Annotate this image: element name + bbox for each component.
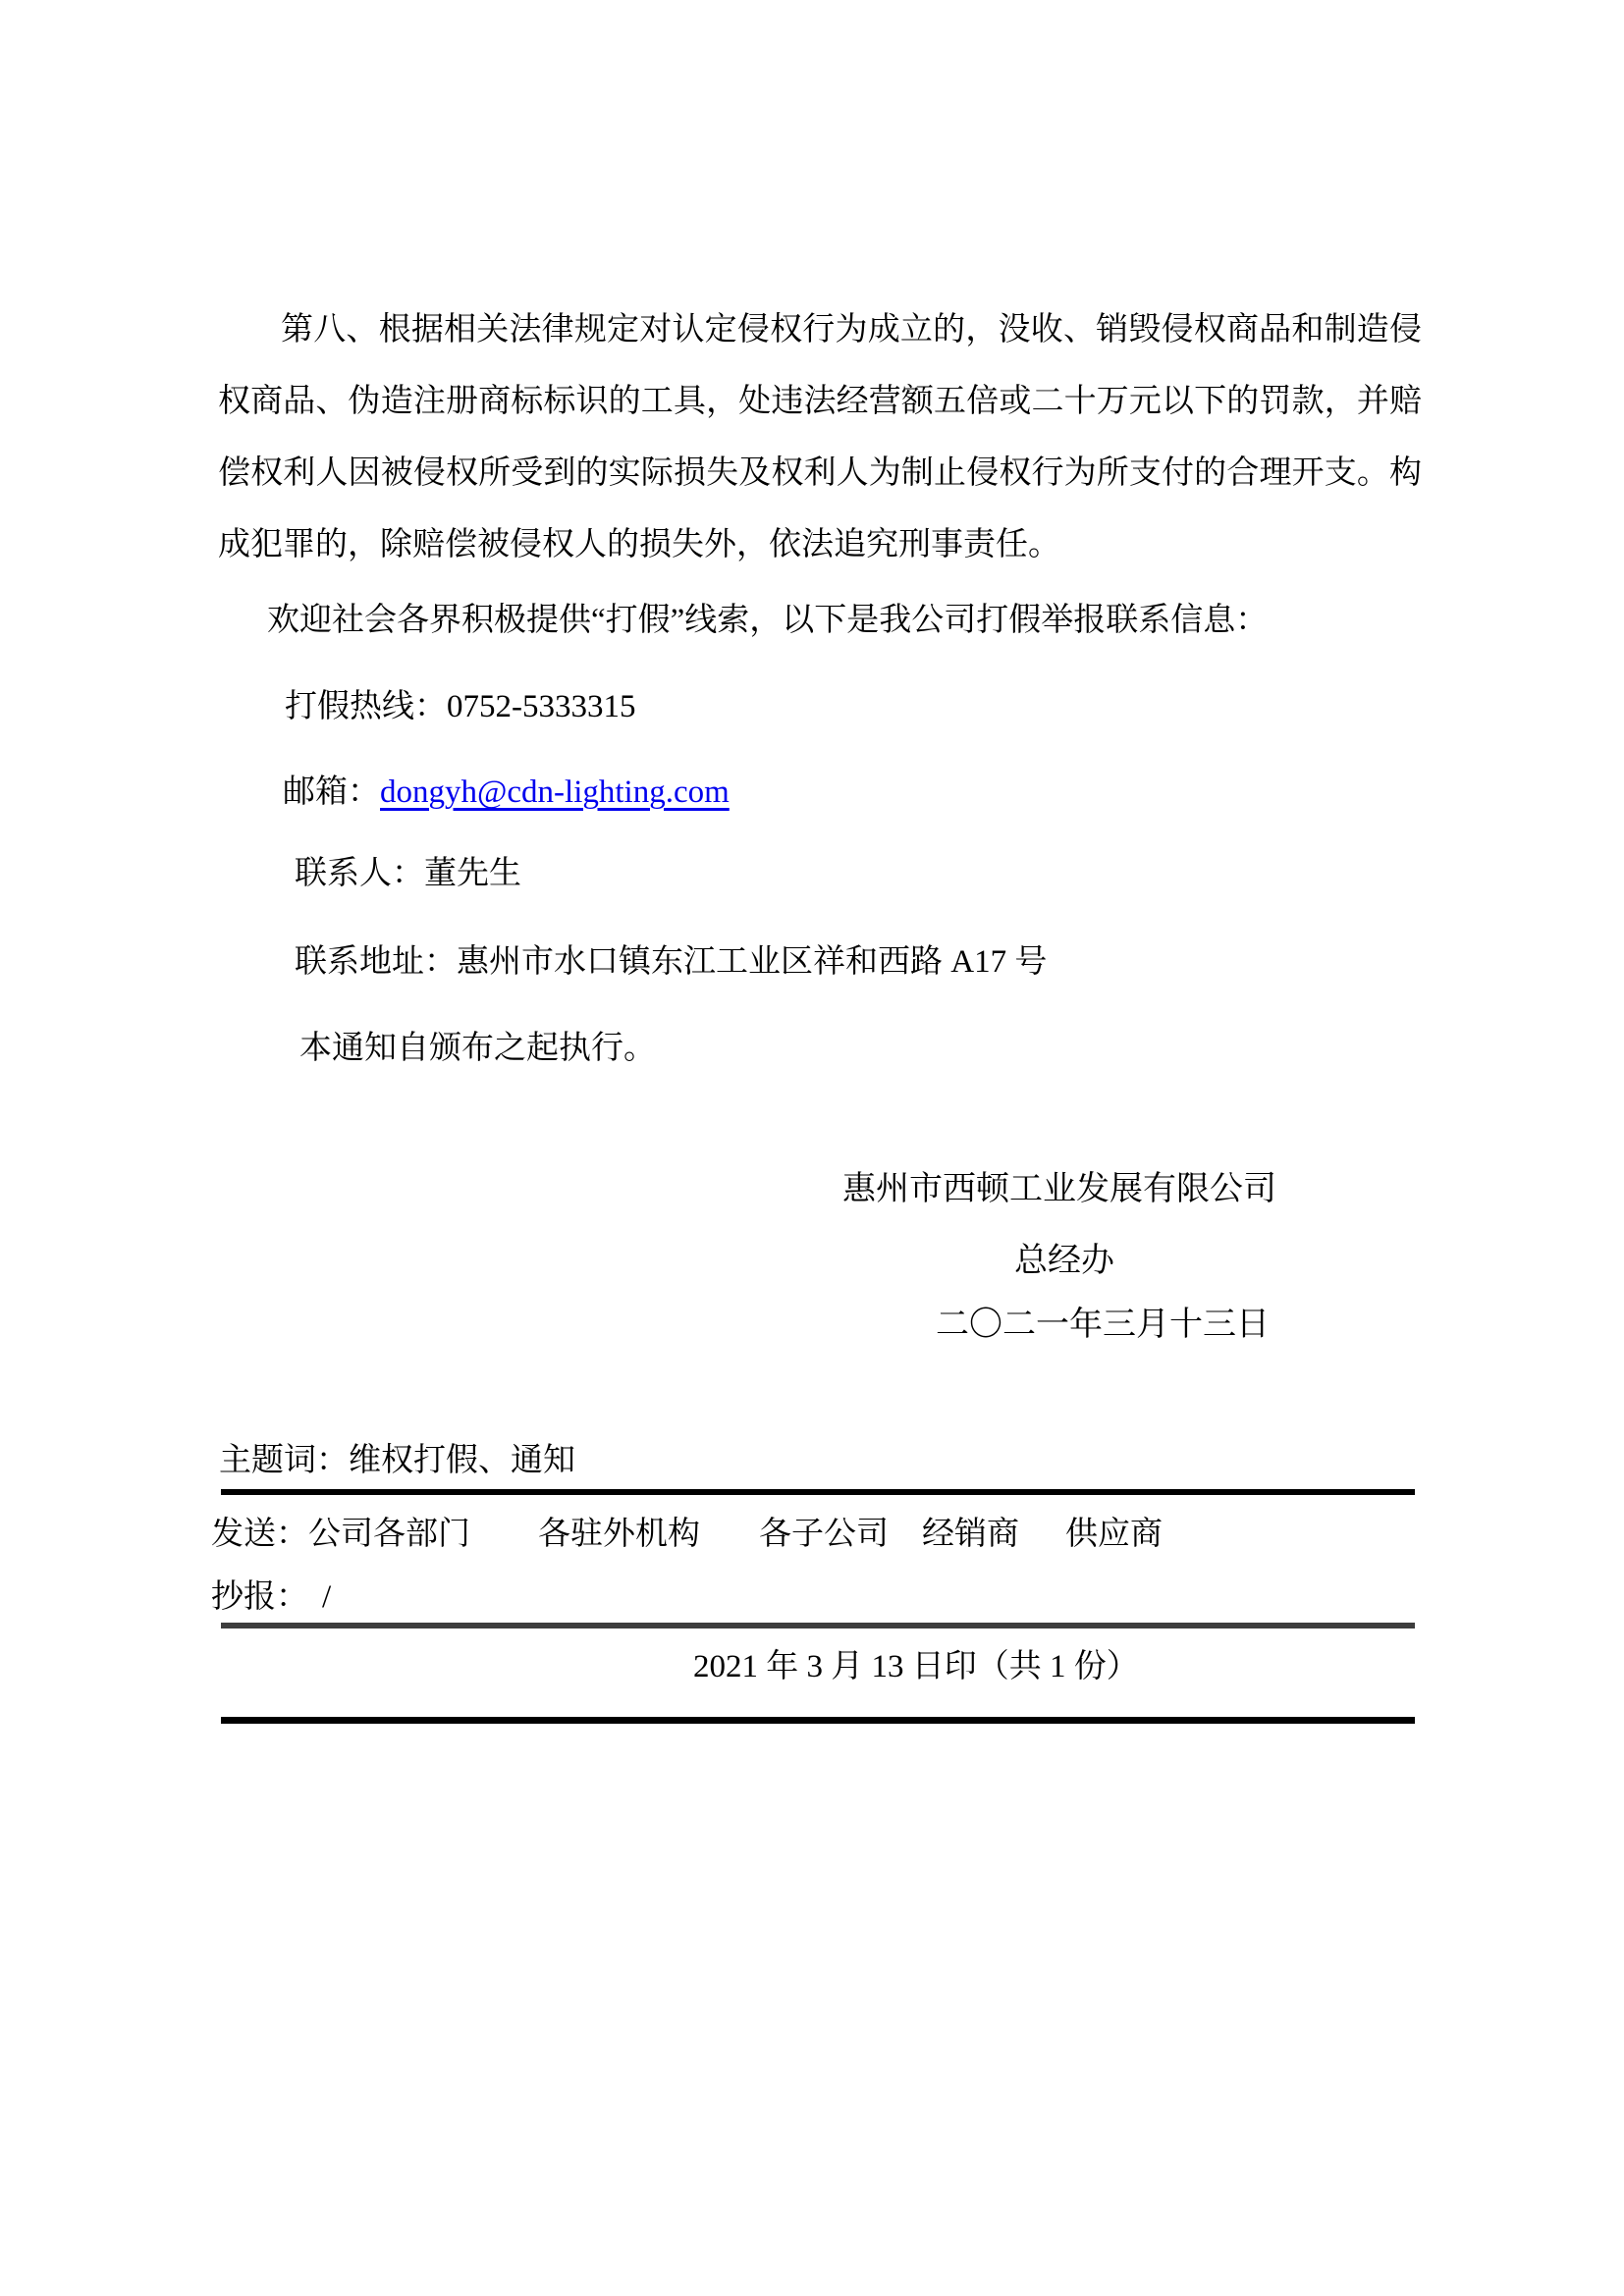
body-paragraph: 第八、根据相关法律规定对认定侵权行为成立的，没收、销毁侵权商品和制造侵 权商品、… <box>218 294 1422 581</box>
copy-label: 抄报： <box>211 1579 308 1615</box>
paragraph-line: 成犯罪的，除赔偿被侵权人的损失外，依法追究刑事责任。 <box>218 509 1422 581</box>
send-item: 各驻外机构 <box>538 1515 700 1554</box>
email-line: 邮箱：dongyh@cdn-lighting.com <box>283 773 730 812</box>
hotline-number: 0752-5333315 <box>447 689 636 724</box>
email-label: 邮箱： <box>283 774 380 810</box>
send-item: 公司各部门 <box>308 1515 470 1554</box>
divider-rule-bottom <box>221 1717 1415 1724</box>
subject-value: 维权打假、通知 <box>349 1443 575 1478</box>
divider-rule-top <box>221 1489 1415 1495</box>
intro-line: 欢迎社会各界积极提供“打假”线索，以下是我公司打假举报联系信息： <box>267 601 1268 640</box>
effective-line: 本通知自颁布之起执行。 <box>299 1029 656 1068</box>
print-info-line: 2021 年 3 月 13 日印（共 1 份） <box>693 1647 1139 1686</box>
contact-person-name: 董先生 <box>424 856 521 891</box>
signature-office: 总经办 <box>1014 1242 1114 1281</box>
paragraph-line: 第八、根据相关法律规定对认定侵权行为成立的，没收、销毁侵权商品和制造侵 <box>218 294 1422 366</box>
hotline-label: 打假热线： <box>285 689 447 724</box>
paragraph-line: 偿权利人因被侵权所受到的实际损失及权利人为制止侵权行为所支付的合理开支。构 <box>218 438 1422 509</box>
send-line: 发送：公司各部门各驻外机构各子公司经销商供应商 <box>211 1515 1163 1554</box>
hotline-line: 打假热线：0752-5333315 <box>285 687 636 726</box>
document-page: 第八、根据相关法律规定对认定侵权行为成立的，没收、销毁侵权商品和制造侵 权商品、… <box>0 0 1624 2296</box>
subject-label: 主题词： <box>219 1443 349 1478</box>
copy-line: 抄报：/ <box>211 1577 331 1617</box>
signature-date: 二〇二一年三月十三日 <box>936 1306 1270 1345</box>
send-item: 各子公司 <box>759 1515 889 1554</box>
contact-address-value: 惠州市水口镇东江工业区祥和西路 A17 号 <box>457 944 1047 980</box>
subject-line: 主题词：维权打假、通知 <box>219 1441 575 1480</box>
contact-person-label: 联系人： <box>295 856 424 891</box>
contact-address-line: 联系地址：惠州市水口镇东江工业区祥和西路 A17 号 <box>295 942 1047 982</box>
contact-address-label: 联系地址： <box>295 944 457 980</box>
copy-value: / <box>322 1579 331 1615</box>
send-label: 发送： <box>211 1517 308 1552</box>
email-link[interactable]: dongyh@cdn-lighting.com <box>380 774 730 810</box>
send-item: 供应商 <box>1065 1515 1163 1554</box>
send-item: 经销商 <box>922 1515 1019 1554</box>
contact-person-line: 联系人：董先生 <box>295 854 521 893</box>
paragraph-line: 权商品、伪造注册商标标识的工具，处违法经营额五倍或二十万元以下的罚款，并赔 <box>218 366 1422 438</box>
signature-company: 惠州市西顿工业发展有限公司 <box>842 1170 1276 1209</box>
divider-rule-middle <box>221 1623 1415 1629</box>
